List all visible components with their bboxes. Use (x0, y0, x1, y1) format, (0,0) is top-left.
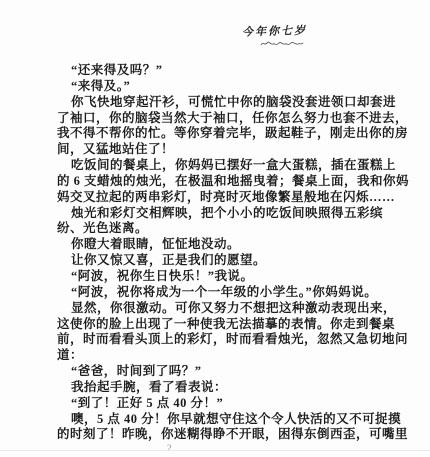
text-line: 显然，你很激动。可你又努力不想把这种激动表现出来， (57, 301, 389, 317)
text-line: 妈交叉拉起的两串彩灯，时亮时灭地像繁星般地在闪烁…… (57, 190, 389, 206)
text-line: 这使你的脸上出现了一种使我无法描摹的表情。你走到餐桌 (57, 317, 389, 333)
text-line: 你瞪大着眼睛，怔怔地没动。 (57, 237, 389, 253)
text-line: “来得及。” (57, 79, 389, 95)
scanned-book-page: 今年你七岁 “还来得及吗？”“来得及。”你飞快地穿起汗衫，可慌忙中你的脑袋没套进… (0, 0, 430, 457)
text-line: “爸爸，时间到了吗？” (57, 364, 389, 380)
text-line: “到了！正好 5 点 40 分！” (57, 396, 389, 412)
text-line: 我抬起手腕，看了看表说： (57, 380, 389, 396)
text-line: 烛光和彩灯交相辉映，把个小小的吃饭间映照得五彩缤 (57, 206, 389, 222)
body-text-block: “还来得及吗？”“来得及。”你飞快地穿起汗衫，可慌忙中你的脑袋没套进领口却套进了… (57, 63, 389, 443)
text-line: “阿波，祝你将成为一个一年级的小学生。”你妈妈说。 (57, 285, 389, 301)
text-line: “还来得及吗？” (57, 63, 389, 79)
text-line: 道： (57, 348, 389, 364)
text-line: 让你又惊又喜，正是我们的愿望。 (57, 253, 389, 269)
text-line: 的 6 支蜡烛的烛光，在极温和地摇曳着；餐桌上面，我和你妈 (57, 174, 389, 190)
page-header: 今年你七岁 (242, 22, 362, 48)
text-line: 了袖口，你的脑袋当然大于袖口，任你怎么努力也套不进去， (57, 111, 389, 127)
text-line: 前，时而看看头顶上的彩灯，时而看看烛光，忽然又急切地问 (57, 332, 389, 348)
text-line: “阿波，祝你生日快乐！”我说。 (57, 269, 389, 285)
page-number: 2 (167, 443, 172, 453)
text-line: 吃饭间的餐桌上，你妈妈已摆好一盒大蛋糕，插在蛋糕上 (57, 158, 389, 174)
body-lines: “还来得及吗？”“来得及。”你飞快地穿起汗衫，可慌忙中你的脑袋没套进领口却套进了… (57, 63, 389, 443)
text-line: 我不得不帮你的忙。等你穿着完毕，趿起鞋子，刚走出你的房 (57, 126, 389, 142)
scan-edge-line (0, 450, 430, 451)
text-line: 纷、光色迷离。 (57, 221, 389, 237)
book-title-handwritten: 今年你七岁 (242, 20, 362, 39)
text-line: 噢，5 点 40 分！你早就想守住这个令人快活的又不可捉摸 (57, 412, 389, 428)
text-line: 间，又猛地站住了！ (57, 142, 389, 158)
text-line: 的时刻了！昨晚，你迷糊得睁不开眼，困得东倒西歪，可嘴里 (57, 427, 389, 443)
text-line: 你飞快地穿起汗衫，可慌忙中你的脑袋没套进领口却套进 (57, 95, 389, 111)
signature-scribble-icon (260, 39, 304, 48)
